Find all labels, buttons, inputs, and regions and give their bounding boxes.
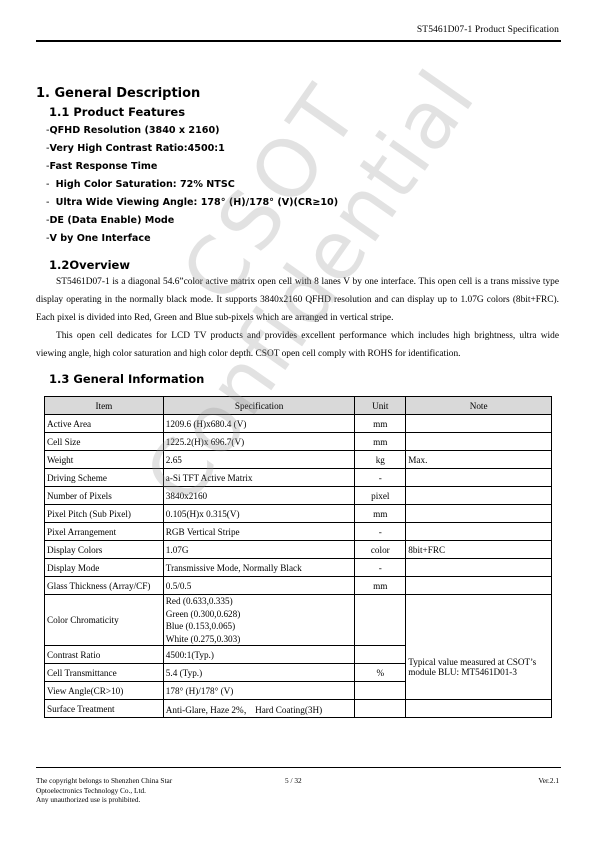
header-divider <box>36 40 561 42</box>
table-row: Weight 2.65 kg Max. <box>45 451 552 469</box>
item-cell: Color Chromaticity <box>45 595 164 646</box>
table-row: Pixel Arrangement RGB Vertical Stripe - <box>45 523 552 541</box>
subsection-title-general-info: 1.3 General Information <box>49 372 204 386</box>
item-cell: Active Area <box>45 415 164 433</box>
note-cell <box>406 505 552 523</box>
table-row: Pixel Pitch (Sub Pixel) 0.105(H)x 0.315(… <box>45 505 552 523</box>
item-cell: Pixel Arrangement <box>45 523 164 541</box>
copyright-line: The copyright belongs to Shenzhen China … <box>36 776 172 786</box>
copyright-line: Any unauthorized use is prohibited. <box>36 795 172 805</box>
note-cell: Max. <box>406 451 552 469</box>
column-header: Unit <box>355 397 406 415</box>
subsection-title-overview: 1.2Overview <box>49 258 130 272</box>
spec-cell: 3840x2160 <box>163 487 355 505</box>
unit-cell: kg <box>355 451 406 469</box>
general-info-table: Item Specification Unit Note Active Area… <box>44 396 552 718</box>
chromaticity-green: Green (0.300,0.628) <box>166 608 353 621</box>
feature-item: -DE (Data Enable) Mode <box>46 212 338 230</box>
note-cell <box>406 433 552 451</box>
feature-item: -V by One Interface <box>46 230 338 248</box>
unit-cell: - <box>355 469 406 487</box>
table-row: Driving Scheme a-Si TFT Active Matrix - <box>45 469 552 487</box>
note-cell <box>406 415 552 433</box>
item-cell: Weight <box>45 451 164 469</box>
feature-text: DE (Data Enable) Mode <box>49 215 174 226</box>
table-row: Active Area 1209.6 (H)x680.4 (V) mm <box>45 415 552 433</box>
unit-cell: mm <box>355 433 406 451</box>
feature-text: Fast Response Time <box>49 161 157 172</box>
item-cell: Surface Treatment <box>45 700 164 718</box>
spec-cell: 4500:1(Typ.) <box>163 646 355 664</box>
chromaticity-blue: Blue (0.153,0.065) <box>166 620 353 633</box>
item-cell: Cell Transmittance <box>45 664 164 682</box>
feature-item: - High Color Saturation: 72% NTSC <box>46 176 338 194</box>
item-cell: Display Colors <box>45 541 164 559</box>
spec-cell: RGB Vertical Stripe <box>163 523 355 541</box>
unit-cell: - <box>355 559 406 577</box>
chromaticity-white: White (0.275,0.303) <box>166 633 353 646</box>
table-row: Glass Thickness (Array/CF) 0.5/0.5 mm <box>45 577 552 595</box>
spec-cell: 1.07G <box>163 541 355 559</box>
footer-copyright: The copyright belongs to Shenzhen China … <box>36 776 172 805</box>
note-cell <box>406 523 552 541</box>
column-header: Specification <box>163 397 355 415</box>
unit-cell: mm <box>355 577 406 595</box>
table-row: Display Mode Transmissive Mode, Normally… <box>45 559 552 577</box>
feature-text: QFHD Resolution (3840 x 2160) <box>49 125 219 136</box>
column-header: Note <box>406 397 552 415</box>
feature-list: -QFHD Resolution (3840 x 2160) -Very Hig… <box>46 122 338 248</box>
table-row: Cell Size 1225.2(H)x 696.7(V) mm <box>45 433 552 451</box>
spec-cell: 2.65 <box>163 451 355 469</box>
note-cell <box>406 559 552 577</box>
overview-paragraph: ST5461D07-1 is a diagonal 54.6”color act… <box>36 274 559 327</box>
bullet-dash: - <box>46 197 56 208</box>
item-cell: View Angle(CR>10) <box>45 682 164 700</box>
unit-cell: pixel <box>355 487 406 505</box>
spec-cell: 1225.2(H)x 696.7(V) <box>163 433 355 451</box>
unit-cell <box>355 595 406 646</box>
feature-item: - Ultra Wide Viewing Angle: 178° (H)/178… <box>46 194 338 212</box>
spec-cell-chromaticity: Red (0.633,0.335) Green (0.300,0.628) Bl… <box>163 595 355 646</box>
subsection-title-features: 1.1 Product Features <box>49 105 185 119</box>
overview-paragraph: This open cell dedicates for LCD TV prod… <box>36 328 559 364</box>
spec-cell: Anti-Glare, Haze 2%， Hard Coating(3H) <box>163 700 355 718</box>
unit-cell <box>355 682 406 700</box>
spec-cell: 0.5/0.5 <box>163 577 355 595</box>
document-version: Ver.2.1 <box>538 776 559 785</box>
spec-cell: 5.4 (Typ.) <box>163 664 355 682</box>
unit-cell: mm <box>355 505 406 523</box>
chromaticity-red: Red (0.633,0.335) <box>166 595 353 608</box>
feature-text: High Color Saturation: 72% NTSC <box>56 179 235 190</box>
spec-cell: Transmissive Mode, Normally Black <box>163 559 355 577</box>
note-cell <box>406 577 552 595</box>
page-number: 5 / 32 <box>285 776 302 785</box>
unit-cell: % <box>355 664 406 682</box>
unit-cell <box>355 700 406 718</box>
table-header-row: Item Specification Unit Note <box>45 397 552 415</box>
spec-cell: a-Si TFT Active Matrix <box>163 469 355 487</box>
unit-cell: color <box>355 541 406 559</box>
feature-item: -Very High Contrast Ratio:4500:1 <box>46 140 338 158</box>
table-row: Display Colors 1.07G color 8bit+FRC <box>45 541 552 559</box>
item-cell: Cell Size <box>45 433 164 451</box>
table-row: Number of Pixels 3840x2160 pixel <box>45 487 552 505</box>
feature-text: V by One Interface <box>49 233 150 244</box>
unit-cell: mm <box>355 415 406 433</box>
table-row: Color Chromaticity Red (0.633,0.335) Gre… <box>45 595 552 646</box>
feature-item: -QFHD Resolution (3840 x 2160) <box>46 122 338 140</box>
note-cell <box>406 487 552 505</box>
spec-cell: 178° (H)/178° (V) <box>163 682 355 700</box>
spec-cell: 0.105(H)x 0.315(V) <box>163 505 355 523</box>
item-cell: Contrast Ratio <box>45 646 164 664</box>
bullet-dash: - <box>46 179 56 190</box>
item-cell: Driving Scheme <box>45 469 164 487</box>
feature-text: Very High Contrast Ratio:4500:1 <box>49 143 224 154</box>
table-row: Surface Treatment Anti-Glare, Haze 2%， H… <box>45 700 552 718</box>
feature-item: -Fast Response Time <box>46 158 338 176</box>
section-title: 1. General Description <box>36 86 200 101</box>
item-cell: Glass Thickness (Array/CF) <box>45 577 164 595</box>
copyright-line: Optoelectronics Technology Co., Ltd. <box>36 786 172 796</box>
footer-divider <box>36 767 561 768</box>
document-header-title: ST5461D07-1 Product Specification <box>417 25 559 35</box>
column-header: Item <box>45 397 164 415</box>
spec-cell: 1209.6 (H)x680.4 (V) <box>163 415 355 433</box>
merged-note-cell: Typical value measured at CSOT’s module … <box>406 595 552 700</box>
item-cell: Display Mode <box>45 559 164 577</box>
note-cell: 8bit+FRC <box>406 541 552 559</box>
item-cell: Pixel Pitch (Sub Pixel) <box>45 505 164 523</box>
unit-cell: - <box>355 523 406 541</box>
feature-text: Ultra Wide Viewing Angle: 178° (H)/178° … <box>56 197 339 208</box>
unit-cell <box>355 646 406 664</box>
note-cell <box>406 700 552 718</box>
item-cell: Number of Pixels <box>45 487 164 505</box>
note-cell <box>406 469 552 487</box>
